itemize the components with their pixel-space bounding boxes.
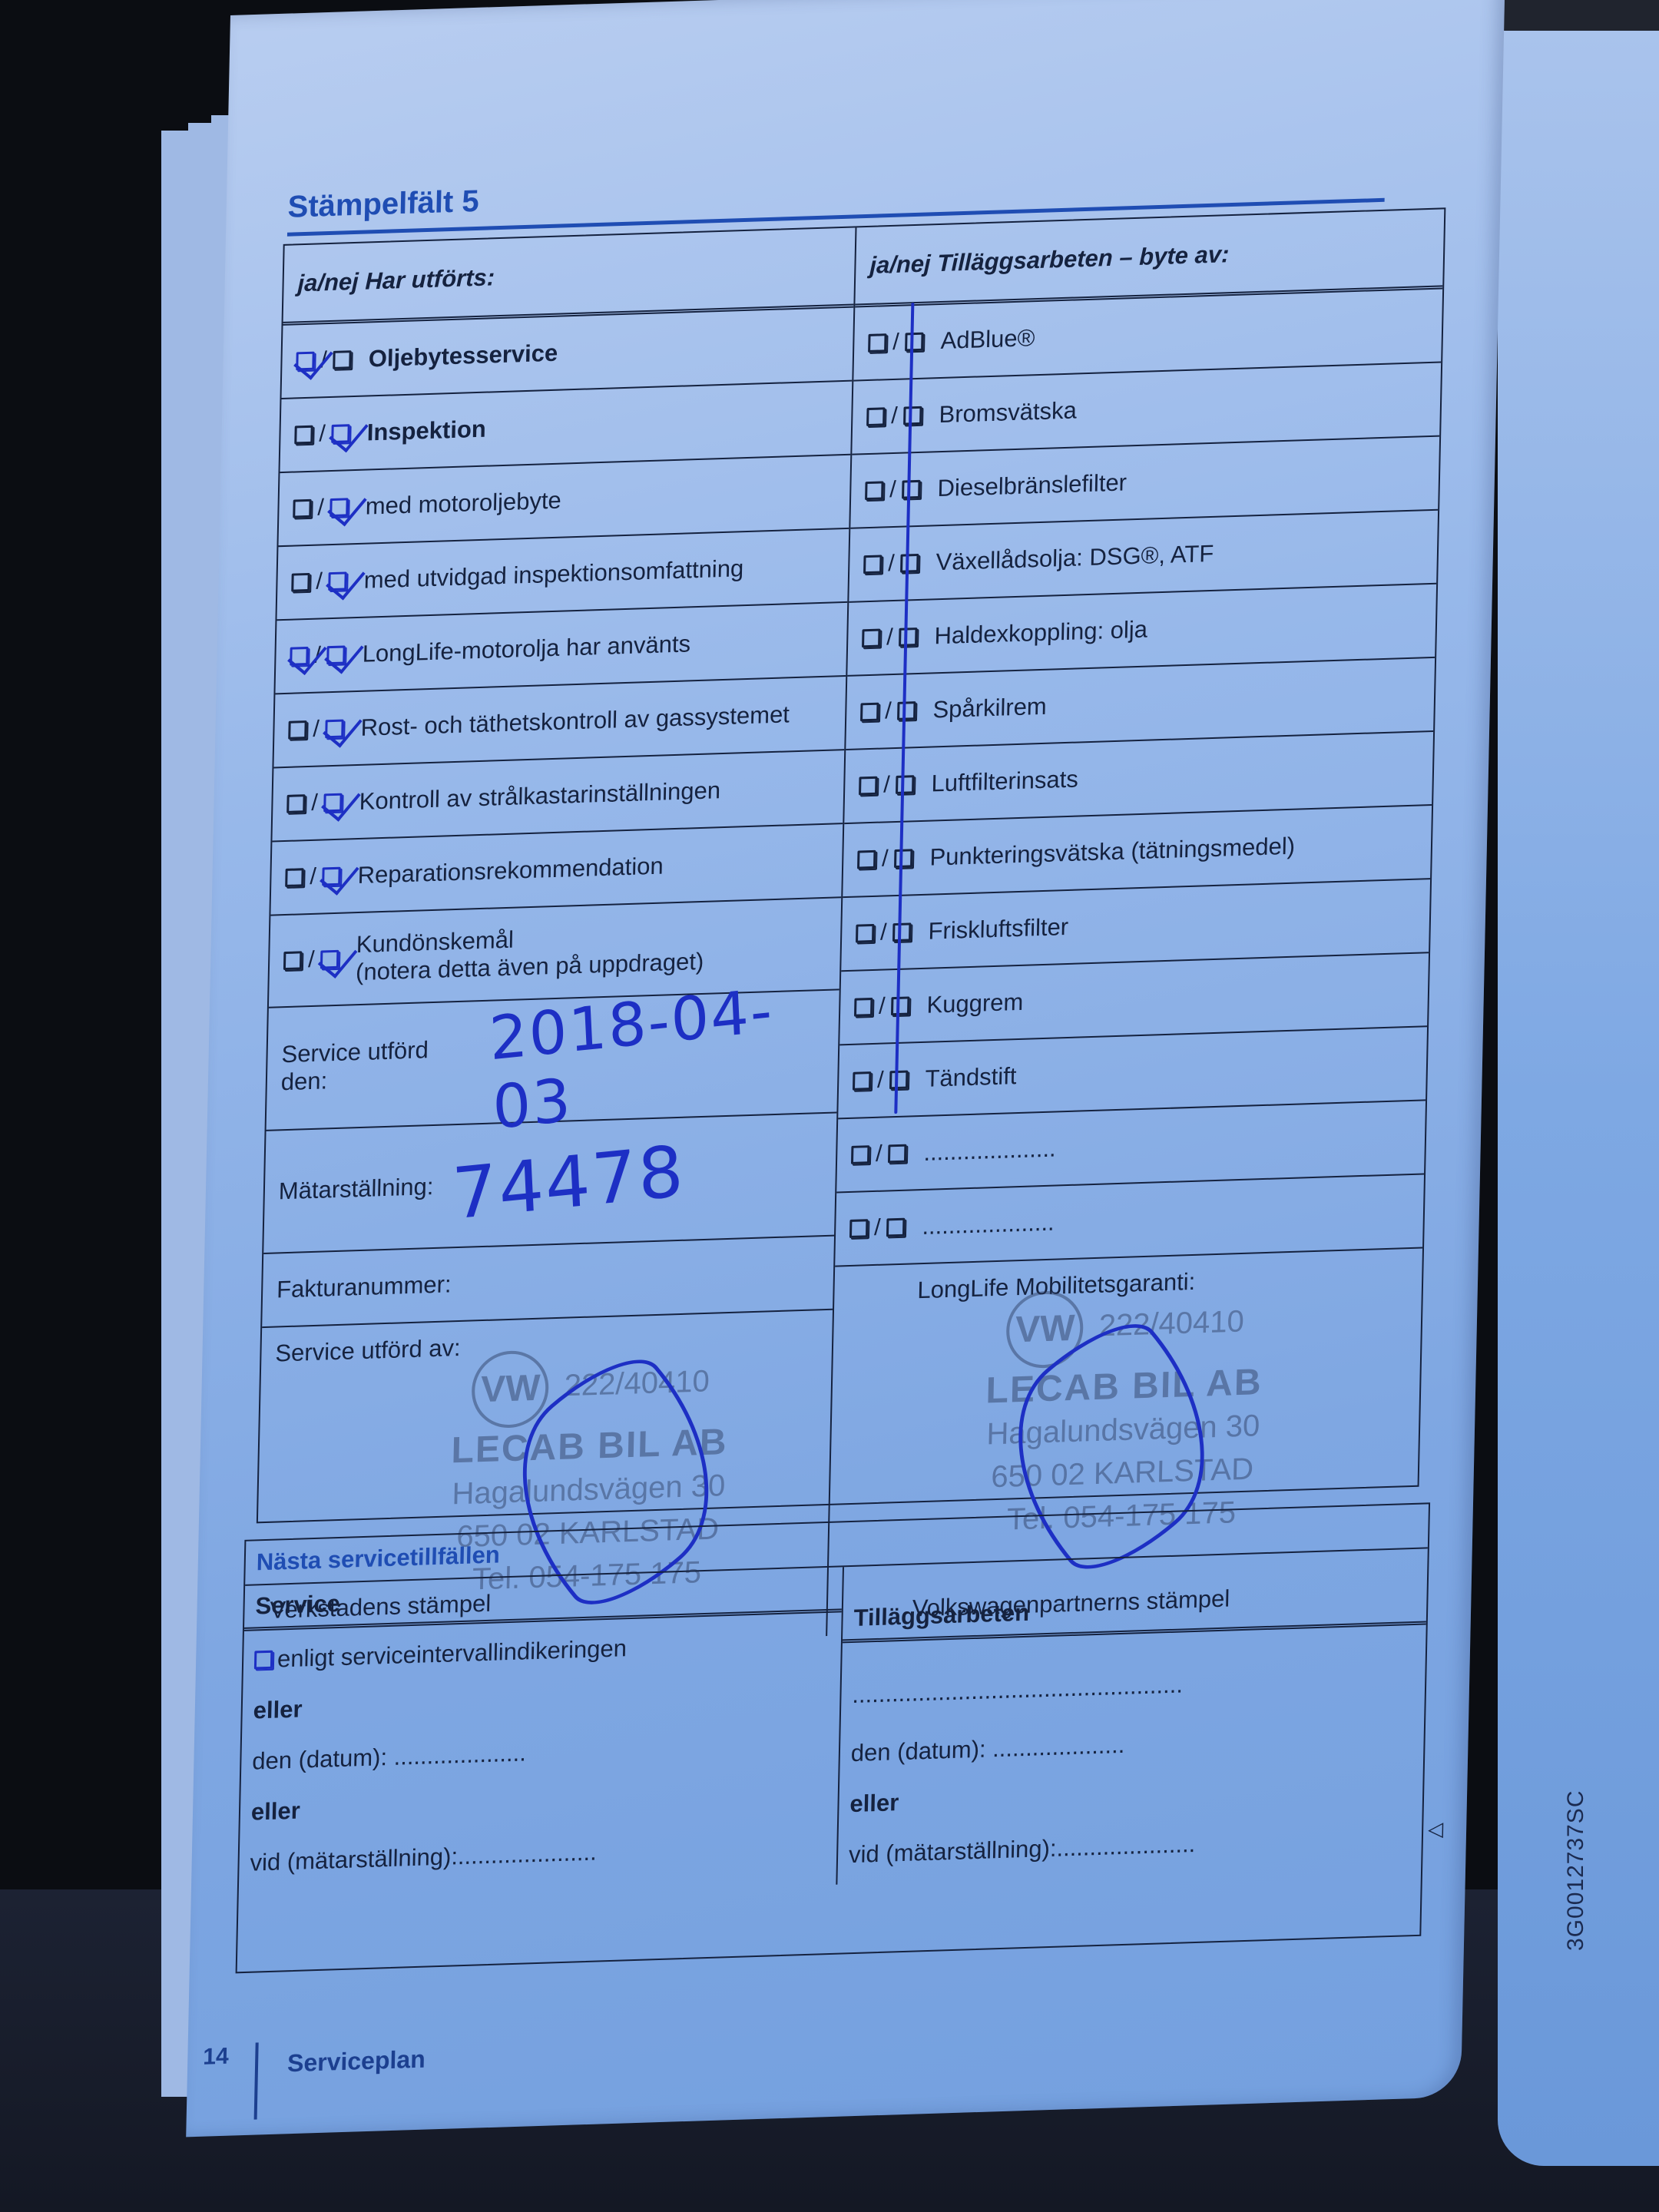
performed-item-label: med motoroljebyte	[365, 487, 561, 521]
ja-checkbox[interactable]	[296, 352, 314, 371]
ja-checkbox[interactable]	[285, 868, 303, 887]
interval-checkbox[interactable]	[254, 1651, 273, 1670]
ja-checkbox[interactable]	[854, 998, 873, 1017]
nej-checkbox[interactable]	[902, 480, 920, 499]
slash-separator: /	[876, 1141, 882, 1167]
ja-checkbox[interactable]	[293, 499, 311, 518]
page-number: 14	[203, 2044, 229, 2071]
slash-separator: /	[879, 993, 886, 1019]
ja-checkbox[interactable]	[862, 629, 880, 648]
ja-nej-checkboxes: /	[291, 568, 347, 595]
slash-separator: /	[883, 772, 890, 798]
ja-checkbox[interactable]	[290, 647, 308, 666]
next-service-line-text: den (datum): ....................	[252, 1739, 526, 1775]
next-extra-column: Tilläggsarbeten ........................…	[837, 1548, 1427, 1884]
ja-checkbox[interactable]	[853, 1071, 871, 1091]
performed-item-label: Oljebytesservice	[368, 339, 558, 373]
additional-work-label: Punkteringsvätska (tätningsmedel)	[929, 833, 1295, 872]
nej-checkbox[interactable]	[327, 645, 346, 664]
service-date-row: Service utförd den: 2018-04-03	[267, 990, 839, 1131]
additional-work-label: Luftfilterinsats	[931, 765, 1078, 797]
ja-checkbox[interactable]	[291, 573, 310, 592]
nej-checkbox[interactable]	[886, 1218, 905, 1237]
additional-work-label: Spårkilrem	[932, 693, 1047, 724]
nej-checkbox[interactable]	[324, 793, 343, 813]
document-code: 3G0012737SC	[1563, 1790, 1589, 1952]
ja-checkbox[interactable]	[857, 850, 876, 869]
additional-work-label: ....................	[923, 1135, 1056, 1167]
slash-separator: /	[886, 624, 893, 651]
service-date-label: Service utförd den:	[280, 1035, 472, 1096]
additional-work-label: Kuggrem	[926, 988, 1024, 1019]
slash-separator: /	[313, 717, 320, 743]
slash-separator: /	[311, 790, 318, 816]
nej-checkbox[interactable]	[903, 406, 922, 426]
slash-separator: /	[892, 329, 899, 356]
ja-nej-checkboxes: /	[865, 476, 921, 504]
nej-checkbox[interactable]	[320, 950, 339, 969]
nej-checkbox[interactable]	[900, 554, 919, 573]
odometer-label: Mätarställning:	[278, 1173, 433, 1205]
ja-nej-checkboxes: /	[853, 1067, 909, 1094]
ja-checkbox[interactable]	[868, 333, 886, 353]
nej-checkbox[interactable]	[330, 498, 349, 517]
slash-separator: /	[888, 551, 895, 577]
ja-nej-checkboxes: /	[862, 624, 918, 651]
odometer-row: Mätarställning: 74478	[263, 1113, 836, 1254]
additional-work-label: AdBlue®	[940, 324, 1035, 355]
slash-separator: /	[874, 1215, 881, 1241]
performed-by-label: Service utförd av:	[275, 1334, 461, 1367]
slash-separator: /	[885, 698, 892, 724]
ja-checkbox[interactable]	[851, 1145, 869, 1164]
performed-item-label: Rost- och täthetskontroll av gassystemet	[360, 700, 790, 742]
ja-nej-checkboxes: /	[294, 420, 350, 448]
ja-nej-checkboxes: /	[856, 919, 912, 946]
ja-nej-checkboxes: /	[860, 697, 916, 725]
performed-column: ja/nej Har utförts: /Oljebytesservice/In…	[255, 227, 856, 1654]
next-service-line-text: eller	[253, 1696, 303, 1725]
ja-checkbox[interactable]	[288, 720, 306, 740]
nej-checkbox[interactable]	[891, 996, 909, 1015]
next-service-line-text: den (datum): ....................	[851, 1731, 1125, 1767]
ja-checkbox[interactable]	[860, 703, 879, 722]
ja-nej-checkboxes: /	[859, 771, 915, 799]
next-service-line-text: enligt serviceintervallindikeringen	[277, 1634, 628, 1673]
slash-separator: /	[308, 947, 315, 973]
additional-work-label: Växellådsolja: DSG®, ATF	[935, 540, 1214, 576]
ja-checkbox[interactable]	[856, 924, 874, 943]
ja-checkbox[interactable]	[294, 426, 313, 445]
ja-nej-checkboxes: /	[285, 863, 341, 891]
additional-work-label: Bromsvätska	[939, 396, 1077, 429]
slash-separator: /	[889, 477, 896, 503]
next-service-line-text: vid (mätarställning):...................…	[250, 1839, 597, 1877]
nej-checkbox[interactable]	[894, 849, 912, 868]
ja-nej-checkboxes: /	[857, 845, 913, 873]
ja-nej-checkboxes: /	[851, 1141, 907, 1168]
next-service-box: Nästa servicetillfällen Service enligt s…	[236, 1502, 1430, 1973]
performed-item-label: Inspektion	[366, 416, 486, 447]
additional-work-label: Haldexkoppling: olja	[934, 616, 1147, 651]
slash-separator: /	[880, 919, 887, 945]
ja-checkbox[interactable]	[863, 555, 882, 574]
performed-item-label: med utvidgad inspektionsomfattning	[363, 555, 743, 594]
additional-work-label: Tändstift	[925, 1062, 1017, 1093]
slash-separator: /	[891, 403, 898, 429]
nej-checkbox[interactable]	[326, 720, 344, 739]
next-service-line-text: vid (mätarställning):...................…	[849, 1830, 1196, 1869]
continue-arrow-icon: ◁	[1428, 1817, 1444, 1842]
ja-nej-checkboxes: /	[288, 716, 344, 743]
nej-checkbox[interactable]	[899, 628, 917, 647]
invoice-label: Fakturanummer:	[276, 1270, 452, 1303]
ja-checkbox[interactable]	[283, 951, 302, 970]
nej-checkbox[interactable]	[888, 1144, 906, 1164]
slash-separator: /	[882, 846, 889, 872]
ja-nej-checkboxes: /	[863, 550, 919, 578]
ja-checkbox[interactable]	[286, 794, 305, 813]
nej-checkbox[interactable]	[889, 1071, 908, 1090]
ja-nej-checkboxes: /	[854, 992, 910, 1020]
ja-checkbox[interactable]	[865, 481, 883, 500]
additional-work-label: Friskluftsfilter	[928, 913, 1068, 945]
stamp-field-table: ja/nej Har utförts: /Oljebytesservice/In…	[257, 207, 1446, 1523]
ja-nej-checkboxes: /	[868, 329, 924, 356]
ja-nej-checkboxes: /	[849, 1214, 906, 1242]
performed-item-label: Reparationsrekommendation	[357, 852, 664, 889]
nej-checkbox[interactable]	[897, 701, 916, 720]
ja-nej-checkboxes: /	[290, 641, 346, 669]
nej-checkbox[interactable]	[892, 922, 911, 942]
next-service-line-text: eller	[849, 1789, 899, 1818]
slash-separator: /	[317, 495, 324, 521]
slash-separator: /	[310, 864, 316, 890]
performed-item-label: Kontroll av strålkastarinställningen	[359, 777, 720, 816]
ja-checkbox[interactable]	[866, 407, 885, 426]
slash-separator: /	[316, 568, 323, 594]
next-service-line-text: ........................................…	[852, 1671, 1183, 1709]
footer-section: Serviceplan	[287, 2045, 426, 2078]
slash-separator: /	[877, 1068, 884, 1094]
ja-nej-checkboxes: /	[283, 946, 339, 974]
nej-checkbox[interactable]	[329, 571, 347, 591]
nej-checkbox[interactable]	[896, 775, 914, 794]
ja-nej-checkboxes: /	[293, 494, 349, 522]
footer-divider	[254, 2042, 259, 2119]
performed-item-label: LongLife-motorolja har använts	[362, 630, 690, 667]
additional-work-column: ja/nej Tilläggsarbeten – byte av: /AdBlu…	[827, 209, 1444, 1636]
booklet-page: Stämpelfält 5 ja/nej Har utförts: /Oljeb…	[186, 0, 1505, 2137]
odometer-value[interactable]: 74478	[450, 1130, 687, 1235]
additional-work-label: Dieselbränslefilter	[937, 469, 1127, 502]
ja-nej-checkboxes: /	[286, 790, 343, 817]
nej-checkbox[interactable]	[323, 867, 341, 886]
ja-checkbox[interactable]	[859, 777, 877, 796]
ja-checkbox[interactable]	[849, 1219, 868, 1238]
next-service-column: Service enligt serviceintervallindikerin…	[239, 1567, 844, 1903]
ja-nej-checkboxes: /	[866, 402, 922, 430]
next-service-line-text: eller	[251, 1797, 301, 1826]
nej-checkbox[interactable]	[332, 424, 350, 443]
additional-work-label: ....................	[922, 1209, 1055, 1240]
nej-checkbox[interactable]	[333, 350, 352, 369]
slash-separator: /	[319, 421, 326, 447]
ja-nej-checkboxes: /	[296, 346, 352, 374]
nej-checkbox[interactable]	[905, 333, 923, 352]
